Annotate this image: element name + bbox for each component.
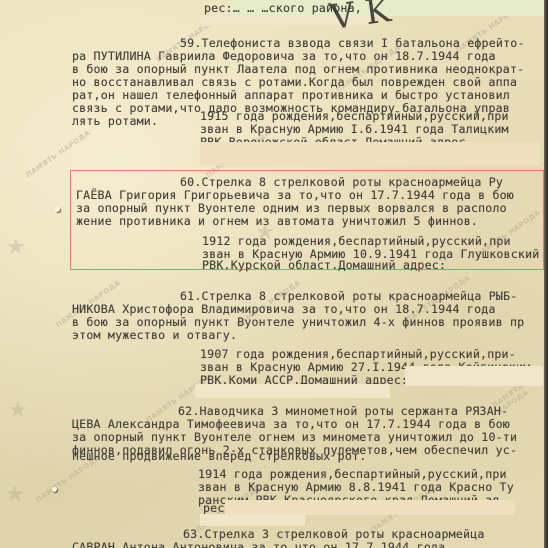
star-watermark-icon: ★	[5, 482, 25, 507]
redaction-patch	[200, 142, 540, 166]
page-edge-shadow	[544, 0, 548, 548]
entry-text-line: жение противника и огнем из автомата уни…	[76, 215, 478, 228]
star-watermark-icon: ★	[8, 398, 28, 423]
entry-text-line: САВРАН Антона Антоновича за то,что он 17…	[72, 541, 445, 548]
redaction-patch	[225, 500, 515, 515]
entry-text-line: лять ротами.	[72, 115, 158, 128]
star-watermark-icon: ★	[6, 235, 26, 260]
redaction-patch	[405, 366, 543, 386]
entry-text-line: этом мужество и отвагу.	[72, 329, 237, 342]
entry-bio-line: РВК.Курской област.Домашний адрес:	[202, 259, 446, 272]
redaction-patch	[195, 384, 390, 398]
paper-hole-mark	[52, 487, 57, 492]
document-page: ПАМЯТЬ НАРОДА ПАМЯТЬ НАРОДА ПАМЯТЬ НАРОД…	[0, 0, 548, 548]
paper-hole-mark	[55, 207, 60, 212]
handwritten-mark: V K	[328, 0, 394, 38]
entry-text-line: пешное продвижение вперед стрелковых рот…	[72, 450, 366, 463]
redaction-patch	[200, 514, 305, 526]
